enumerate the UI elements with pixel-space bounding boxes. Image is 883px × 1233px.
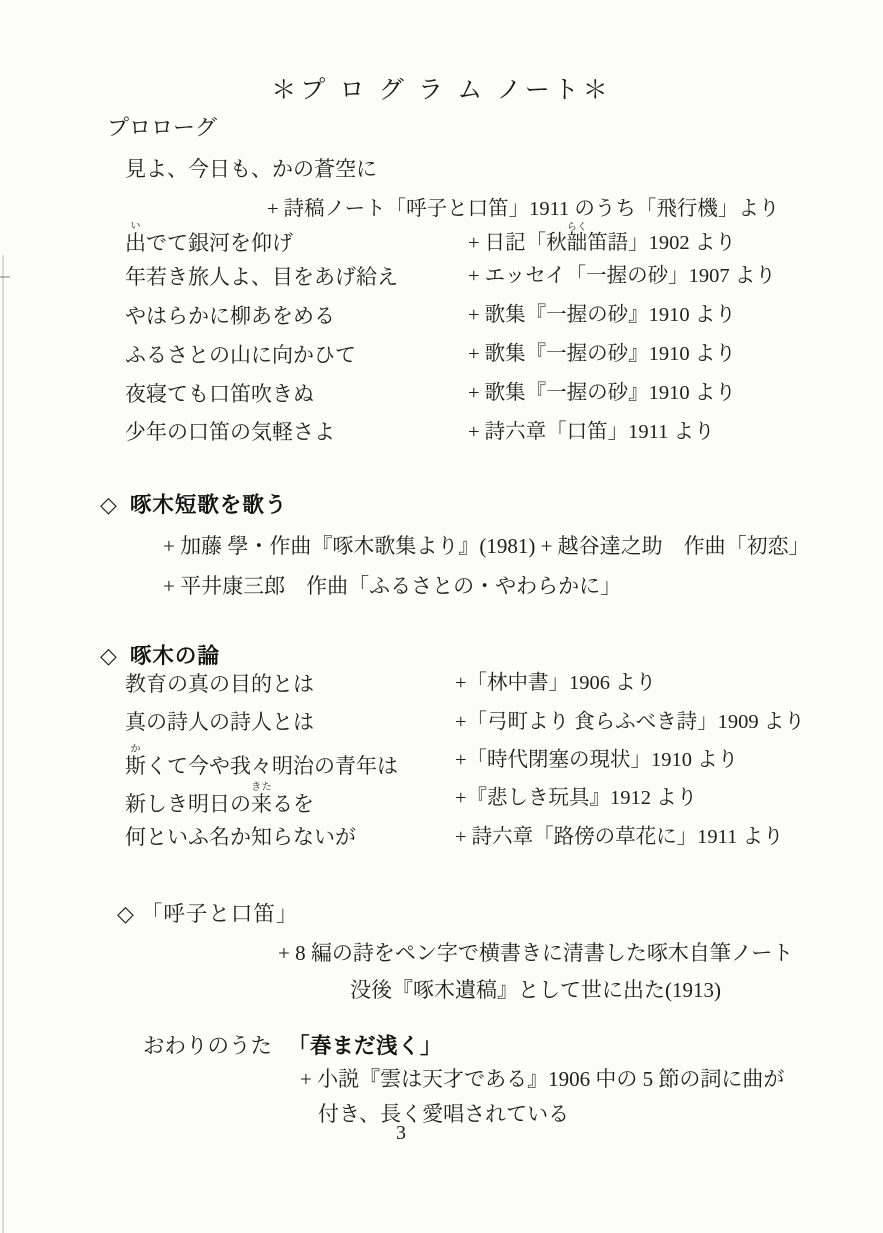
program-piece-title: 何といふ名か知らないが <box>125 825 455 849</box>
program-source-citation: + 歌集『一握の砂』1910 より <box>468 382 736 406</box>
section-heading-tanka: ◇ 啄木短歌を歌う <box>100 488 287 519</box>
program-row: 何といふ名か知らないが + 詩六章「路傍の草花に」1911 より <box>125 818 863 856</box>
program-source-citation: + エッセイ「一握の砂」1907 より <box>468 265 776 289</box>
program-piece-title: 教育の真の目的とは <box>125 672 455 696</box>
program-piece-title: 出いでて銀河を仰げ <box>125 221 468 255</box>
closing-song-row: おわりのうた 「春まだ浅く」 <box>143 1029 442 1060</box>
prologue-program-list: 出いでて銀河を仰げ + 日記「秋韷らく笛語」1902 より 年若き旅人よ、目をあ… <box>125 219 863 452</box>
program-source-citation: +『悲しき玩具』1912 より <box>455 787 697 811</box>
section-heading-tanka-label: 啄木短歌を歌う <box>130 488 288 519</box>
program-piece-title: 斯かくて今や我々明治の青年は <box>125 744 455 778</box>
program-row: 真の詩人の詩人とは +「弓町より 食らふべき詩」1909 より <box>125 703 863 741</box>
scan-tick-artifact <box>0 276 10 278</box>
ron-program-list: 教育の真の目的とは +「林中書」1906 より 真の詩人の詩人とは +「弓町より… <box>125 665 863 856</box>
program-piece-title: やはらかに柳あをめる <box>125 304 468 328</box>
program-piece-title: 少年の口笛の気軽さよ <box>125 420 468 444</box>
program-source-citation: + 歌集『一握の砂』1910 より <box>468 304 736 328</box>
program-piece-title: ふるさとの山に向かひて <box>125 343 468 367</box>
program-row: 年若き旅人よ、目をあげ給え + エッセイ「一握の砂」1907 より <box>125 258 863 297</box>
program-row: ふるさとの山に向かひて + 歌集『一握の砂』1910 より <box>125 335 863 374</box>
closing-song-label: おわりのうた <box>143 1029 272 1060</box>
prologue-lead-line: 見よ、今日も、かの蒼空に <box>125 153 377 183</box>
page-title: ＊プ ロ グ ラ ム ノート＊ <box>0 70 883 106</box>
section-heading-yobiko-label: 「呼子と口笛」 <box>141 897 299 928</box>
program-row: 夜寝ても口笛吹きぬ + 歌集『一握の砂』1910 より <box>125 374 863 413</box>
program-piece-title: 真の詩人の詩人とは <box>125 710 455 734</box>
program-source-citation: + 詩六章「路傍の草花に」1911 より <box>455 826 784 850</box>
program-source-citation: +「時代閉塞の現状」1910 より <box>455 749 738 773</box>
tanka-composers-line-2: + 平井康三郎 作曲「ふるさとの・やわらかに」 <box>163 570 621 600</box>
program-source-citation: + 詩六章「口笛」1911 より <box>468 421 715 445</box>
diamond-icon: ◇ <box>100 492 117 518</box>
program-piece-title: 夜寝ても口笛吹きぬ <box>125 382 468 406</box>
closing-song-note-line-1: + 小説『雲は天才である』1906 中の 5 節の詞に曲が <box>300 1063 784 1093</box>
program-source-citation: + 歌集『一握の砂』1910 より <box>468 343 736 367</box>
diamond-icon: ◇ <box>117 901 134 927</box>
section-heading-yobiko: ◇ 「呼子と口笛」 <box>117 897 298 928</box>
prologue-lead-source: + 詩稿ノート「呼子と口笛」1911 のうち「飛行機」より <box>267 191 779 221</box>
program-piece-title: 新しき明日の来きたるを <box>125 782 455 816</box>
scan-edge-artifact <box>2 255 4 1233</box>
program-row: 新しき明日の来きたるを +『悲しき玩具』1912 より <box>125 780 863 818</box>
diamond-icon: ◇ <box>100 643 117 669</box>
section-heading-prologue: プロローグ <box>107 111 217 142</box>
closing-song-title: 「春まだ浅く」 <box>288 1029 442 1060</box>
scanned-program-note-page: ＊プ ロ グ ラ ム ノート＊ プロローグ 見よ、今日も、かの蒼空に + 詩稿ノ… <box>0 0 883 1233</box>
yobiko-note-line-2: 没後『啄木遺稿』として世に出た(1913) <box>350 974 721 1004</box>
program-row: やはらかに柳あをめる + 歌集『一握の砂』1910 より <box>125 297 863 336</box>
page-number: 3 <box>396 1122 406 1145</box>
program-row: 少年の口笛の気軽さよ + 詩六章「口笛」1911 より <box>125 413 863 452</box>
program-row: 出いでて銀河を仰げ + 日記「秋韷らく笛語」1902 より <box>125 219 863 258</box>
closing-song-note-line-2: 付き、長く愛唱されている <box>318 1098 569 1128</box>
program-row: 斯かくて今や我々明治の青年は +「時代閉塞の現状」1910 より <box>125 742 863 780</box>
program-piece-title: 年若き旅人よ、目をあげ給え <box>125 265 468 289</box>
tanka-composers-line-1: + 加藤 學・作曲『啄木歌集より』(1981) + 越谷達之助 作曲「初恋」 <box>163 530 810 560</box>
program-source-citation: + 日記「秋韷らく笛語」1902 より <box>468 222 736 256</box>
program-source-citation: +「林中書」1906 より <box>455 672 656 696</box>
program-row: 教育の真の目的とは +「林中書」1906 より <box>125 665 863 703</box>
program-source-citation: +「弓町より 食らふべき詩」1909 より <box>455 711 805 735</box>
yobiko-note-line-1: + 8 編の詩をペン字で横書きに清書した啄木自筆ノート <box>278 937 793 967</box>
